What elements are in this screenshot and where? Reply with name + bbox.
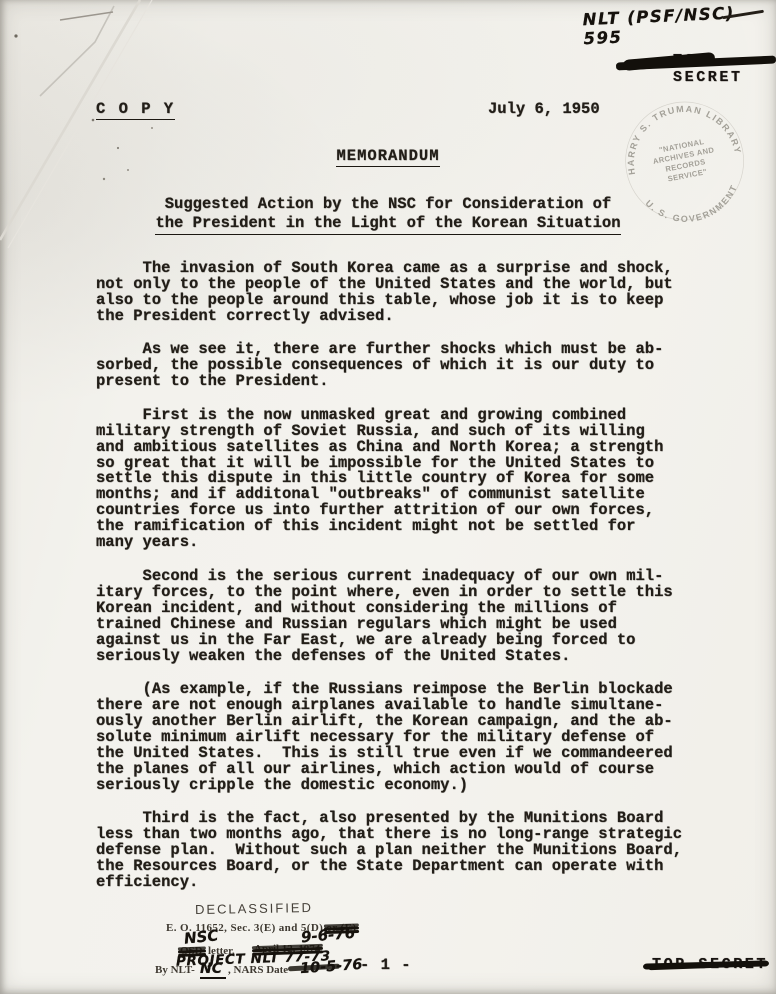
- subject-line-2: the President in the Light of the Korean…: [155, 214, 620, 235]
- document-page: NLT (PSF/NSC) 595 TOP SECRET C O P Y Jul…: [0, 0, 776, 994]
- copy-label: C O P Y: [96, 100, 175, 120]
- subject-line-1: Suggested Action by the NSC for Consider…: [0, 195, 776, 214]
- memo-heading: MEMORANDUM: [0, 147, 776, 167]
- paragraph-6: Third is the fact, also presented by the…: [96, 811, 721, 891]
- memo-body: The invasion of South Korea came as a su…: [96, 261, 721, 908]
- handwritten-initials: NC: [200, 961, 226, 979]
- handwritten-nars-date: 10-5-76: [300, 957, 363, 977]
- classification-stamp-bottom: TOP SECRET: [652, 956, 768, 973]
- paragraph-4: Second is the serious current inadequacy…: [96, 569, 721, 665]
- by-line-prefix: By NLT-: [155, 964, 195, 976]
- declassified-title: DECLASSIFIED: [195, 900, 313, 917]
- paragraph-1: The invasion of South Korea came as a su…: [96, 261, 721, 325]
- memo-subject: Suggested Action by the NSC for Consider…: [0, 195, 776, 235]
- paragraph-2: As we see it, there are further shocks w…: [96, 342, 721, 390]
- handwritten-archive-reference: NLT (PSF/NSC) 595: [582, 2, 776, 48]
- declassified-stamp: DECLASSIFIED E. O. 11652, Sec. 3(E) and …: [158, 901, 458, 991]
- paragraph-5: (As example, if the Russians reimpose th…: [96, 682, 721, 794]
- page-number: - 1 -: [360, 956, 412, 974]
- paragraph-3: First is the now unmasked great and grow…: [96, 408, 721, 552]
- document-date: July 6, 1950: [488, 100, 600, 118]
- classification-stamp-top: TOP SECRET: [673, 52, 776, 86]
- nars-date-label: , NARS Date: [228, 964, 288, 976]
- copy-label-text: C O P Y: [96, 100, 175, 120]
- memo-heading-text: MEMORANDUM: [336, 147, 439, 167]
